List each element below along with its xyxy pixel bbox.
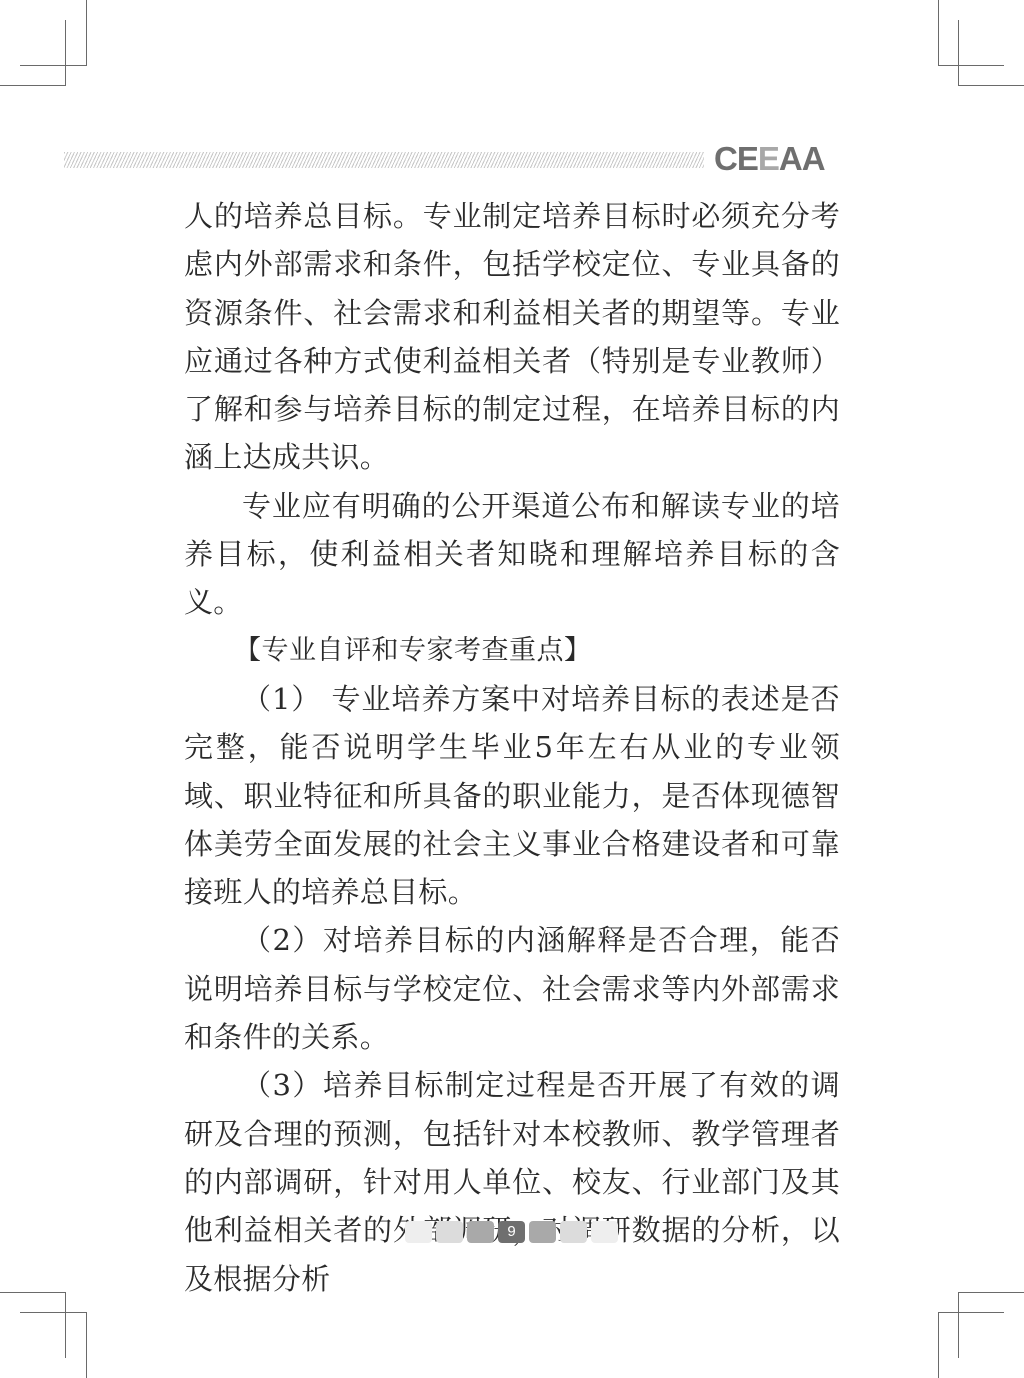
section-heading: 【专业自评和专家考查重点】 xyxy=(234,627,840,675)
ceeaa-logo: CEEAA xyxy=(714,141,825,177)
checklist-item: （1） 专业培养方案中对培养目标的表述是否完整，能否说明学生毕业5年左右从业的专… xyxy=(184,675,840,916)
pager-segment xyxy=(560,1221,587,1243)
crop-mark xyxy=(958,1292,1024,1293)
crop-mark xyxy=(86,1312,87,1378)
crop-mark xyxy=(938,1312,1004,1313)
crop-mark xyxy=(958,85,1024,86)
crop-mark xyxy=(958,20,959,86)
paragraph: 专业应有明确的公开渠道公布和解读专业的培养目标，使利益相关者知晓和理解培养目标的… xyxy=(184,482,840,627)
checklist-item: （2）对培养目标的内涵解释是否合理，能否说明培养目标与学校定位、社会需求等内外部… xyxy=(184,916,840,1061)
crop-mark xyxy=(20,1312,87,1313)
checklist-item: （3）培养目标制定过程是否开展了有效的调研及合理的预测，包括针对本校教师、教学管… xyxy=(184,1061,840,1302)
crop-mark xyxy=(65,1292,66,1358)
pager-segment xyxy=(436,1221,463,1243)
crop-mark xyxy=(65,20,66,86)
crop-mark xyxy=(86,0,87,66)
logo-text-left: CE xyxy=(714,140,758,178)
logo-text-right: AA xyxy=(779,140,825,178)
page-body: 人的培养总目标。专业制定培养目标时必须充分考虑内外部需求和条件，包括学校定位、专… xyxy=(184,192,840,1303)
crop-mark xyxy=(958,1292,959,1358)
crop-mark xyxy=(0,85,66,86)
pager-segment xyxy=(529,1221,556,1243)
page-number: 9 xyxy=(498,1221,525,1243)
pager-segment xyxy=(467,1221,494,1243)
crop-mark xyxy=(938,1312,939,1378)
pager-segment xyxy=(591,1221,618,1243)
crop-mark xyxy=(0,1292,66,1293)
page-number-bar: 9 xyxy=(405,1221,618,1243)
crop-mark xyxy=(20,65,87,66)
header-stripe xyxy=(64,152,704,168)
pager-segment xyxy=(405,1221,432,1243)
crop-mark xyxy=(938,0,939,66)
paragraph: 人的培养总目标。专业制定培养目标时必须充分考虑内外部需求和条件，包括学校定位、专… xyxy=(184,192,840,482)
crop-mark xyxy=(938,65,1004,66)
logo-text-mid: E xyxy=(758,140,779,178)
